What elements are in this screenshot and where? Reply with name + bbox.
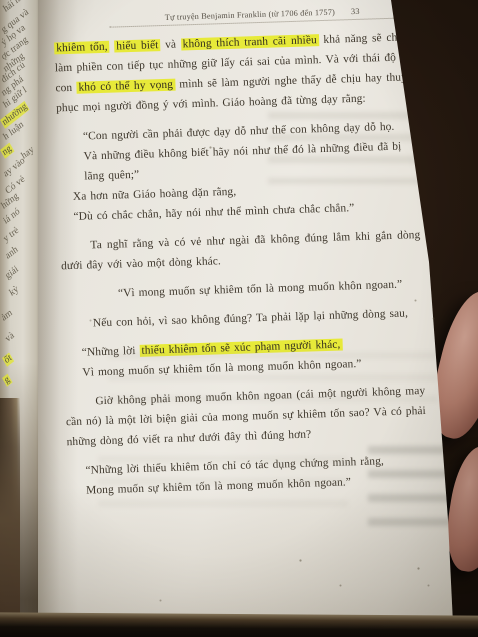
spine-text-fragment: anh (4, 245, 20, 262)
page-number: 33 (351, 7, 360, 16)
book-page: Tự truyện Benjamin Franklin (từ 1706 đến… (38, 0, 454, 624)
text-run: “Vì mong muốn sự khiêm tốn là mong muốn … (118, 279, 403, 300)
highlighted-text: không thích tranh cãi nhiều (181, 34, 319, 50)
text-run: Giờ không phải mong muốn khôn ngoan (cái… (66, 385, 426, 448)
text-run: và (160, 38, 181, 51)
highlighted-text: khó có thể hy vọng (76, 79, 175, 94)
paper-specks (0, 0, 1, 1)
text-run: Vì mong muốn sự khiêm tốn là mong muốn k… (82, 358, 361, 379)
spine-text-fragment: ốt (2, 352, 14, 367)
running-title: Tự truyện Benjamin Franklin (từ 1706 đến… (165, 8, 335, 22)
page-text: khiêm tốn, hiểu biết và không thích tran… (54, 27, 428, 501)
text-run: Nếu con hỏi, vì sao không đúng? Ta phải … (93, 307, 408, 329)
book-photo: hái nhượngg qua vàý họ vaợc trangnhữngđí… (0, 0, 478, 637)
highlighted-text: thiếu khiêm tốn sẽ xúc phạm người khác, (139, 339, 342, 357)
book-cover-edge (0, 398, 20, 620)
text-run: “Những lời (82, 345, 140, 359)
text-run: “Dù có chắc chắn, hãy nói như thể mình c… (73, 202, 354, 223)
text-run: Xa hơn nữa Giáo hoàng dặn rằng, (73, 186, 237, 203)
spine-text-fragment: y trẻ (2, 225, 21, 244)
spine-text-fragment: ảm (0, 308, 14, 324)
paragraph: Giờ không phải mong muốn khôn ngoan (cái… (65, 381, 427, 452)
book-bottom-edge (0, 612, 478, 637)
paragraph: Ta nghĩ rằng và có vẻ như ngài đã không … (60, 225, 421, 276)
paragraph: khiêm tốn, hiểu biết và không thích tran… (54, 27, 416, 118)
spine-text-fragment: và (4, 330, 16, 344)
paragraph: Nếu con hỏi, vì sao không đúng? Ta phải … (63, 303, 423, 334)
spine-text-fragment: kỳ (8, 284, 21, 299)
highlighted-text: hiểu biết (114, 39, 161, 52)
text-run: Mong muốn sự khiêm tốn là mong muốn khôn… (86, 476, 351, 496)
highlighted-text: khiêm tốn, (54, 41, 110, 55)
page-header: Tự truyện Benjamin Franklin (từ 1706 đến… (109, 5, 415, 28)
text-run: mình sẽ làm người nghe thấy dễ chịu hay … (56, 71, 416, 114)
spine-text-fragment: ng (0, 143, 14, 159)
quote-line: “Vì mong muốn sự khiêm tốn là mong muốn … (118, 274, 422, 304)
spine-text-fragment: giải (4, 264, 20, 282)
text-run: Ta nghĩ rằng và có vẻ như ngài đã không … (61, 229, 421, 272)
spine-text-fragment: g (2, 374, 12, 387)
text-run: Và những điều không biết hãy nói như thể… (83, 141, 401, 183)
